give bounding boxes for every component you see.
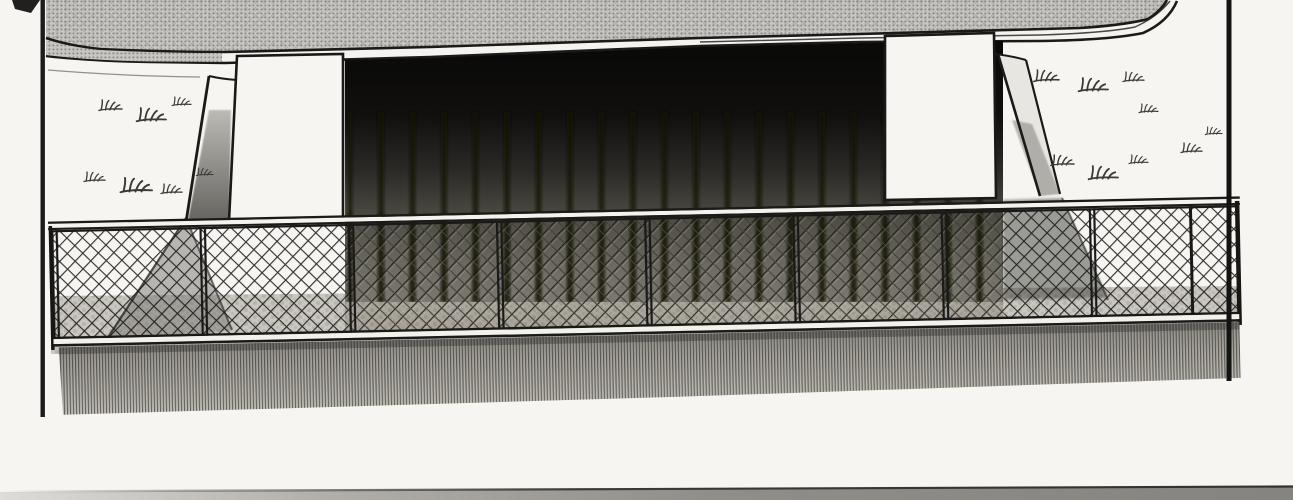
manga-panel-svg: [0, 0, 1293, 500]
panel-border-right: [1227, 0, 1232, 381]
panel-border-left: [41, 0, 45, 417]
chain-link-fence: [48, 196, 1244, 415]
manga-panel: [0, 0, 1293, 500]
pillar-left: [229, 54, 343, 221]
pillar-right: [885, 33, 996, 200]
